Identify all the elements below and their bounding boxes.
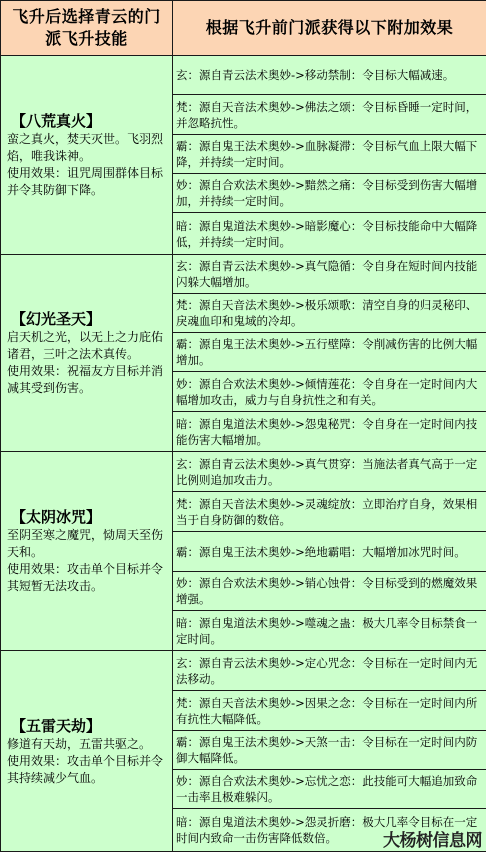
bonus-fan: 梵：源自天音法术奥妙->因果之念：令目标在一定时间内所有抗性大幅降低。 [173,691,486,731]
skill-cell: 【幻光圣天】 启天机之光，以无上之力庇佑诸君，三叶之法术真传。 使用效果：祝福友… [1,255,173,452]
bonus-miao: 妙：源自合欢法术奥妙->黯然之痛：令目标受到伤害大幅增加，并持续一定时间。 [173,174,486,213]
skill-description: 蛮之真火，焚天灭世。飞羽烈焰，唯我诛神。 [7,131,168,165]
bonus-ba: 霸：源自鬼王法术奥妙->绝地霸唱：大幅增加冰咒时间。 [173,532,486,572]
skill-cell: 【太阴冰咒】 至阴至寒之魔咒，恸周天至伤天和。 使用效果：攻击单个目标并令其短暂… [1,452,173,651]
bonus-miao: 妙：源自合欢法术奥妙->忘忧之恋：此技能可大幅追加致命一击率且极难躲闪。 [173,770,486,809]
skill-cell: 【五雷天劫】 修道有天劫，五雷共驱之。 使用效果：攻击单个目标并令其持续减少气血… [1,651,173,852]
skill-effect: 使用效果：诅咒周围群体目标并令其防御下降。 [7,165,168,199]
bonus-an: 暗：源自鬼道法术奥妙->噬魂之蛊：极大几率令目标禁食一定时间。 [173,611,486,651]
bonus-fan: 梵：源自天音法术奥妙->灵魂绽放：立即治疗自身，效果相当于自身防御的数倍。 [173,492,486,532]
skill-name: 【八荒真火】 [11,111,168,131]
table-row: 【幻光圣天】 启天机之光，以无上之力庇佑诸君，三叶之法术真传。 使用效果：祝福友… [1,255,486,294]
bonus-an: 暗：源自鬼道法术奥妙->怨鬼秘咒：令自身在一定时间内技能伤害大幅增加。 [173,412,486,452]
skill-effect: 使用效果：祝福友方目标并消减其受到伤害。 [7,363,168,397]
bonus-xuan: 玄：源自青云法术奥妙->真气贯穿：当施法者真气高于一定比例则追加攻击力。 [173,452,486,492]
header-skill-column: 飞升后选择青云的门派飞升技能 [1,1,173,56]
table-row: 【八荒真火】 蛮之真火，焚天灭世。飞羽烈焰，唯我诛神。 使用效果：诅咒周围群体目… [1,56,486,95]
table-row: 【五雷天劫】 修道有天劫，五雷共驱之。 使用效果：攻击单个目标并令其持续减少气血… [1,651,486,691]
skill-name: 【太阴冰咒】 [11,507,168,527]
skill-description: 至阴至寒之魔咒，恸周天至伤天和。 [7,527,168,561]
skill-table: 飞升后选择青云的门派飞升技能 根据飞升前门派获得以下附加效果 【八荒真火】 蛮之… [0,0,486,852]
bonus-ba: 霸：源自鬼王法术奥妙->血脉凝滞：令目标气血上限大幅下降，并持续一定时间。 [173,135,486,174]
bonus-xuan: 玄：源自青云法术奥妙->定心咒念：令目标在一定时间内无法移动。 [173,651,486,691]
header-row: 飞升后选择青云的门派飞升技能 根据飞升前门派获得以下附加效果 [1,1,486,56]
bonus-an: 暗：源自鬼道法术奥妙->暗影魔心：令目标技能命中大幅降低，并持续一定时间。 [173,213,486,255]
watermark-logo: 大杨树信息网 [383,826,482,851]
bonus-miao: 妙：源自合欢法术奥妙->倾情莲花：令自身在一定时间内大幅增加攻击，威力与自身抗性… [173,372,486,412]
skill-description: 修道有天劫，五雷共驱之。 [7,736,168,753]
bonus-xuan: 玄：源自青云法术奥妙->移动禁制：令目标大幅减速。 [173,56,486,95]
table-row: 【太阴冰咒】 至阴至寒之魔咒，恸周天至伤天和。 使用效果：攻击单个目标并令其短暂… [1,452,486,492]
bonus-miao: 妙：源自合欢法术奥妙->销心蚀骨：令目标受到的燃魔效果增强。 [173,572,486,611]
skill-effect: 使用效果：攻击单个目标并令其持续减少气血。 [7,753,168,787]
skill-effect: 使用效果：攻击单个目标并令其短暂无法攻击。 [7,561,168,595]
header-bonus-column: 根据飞升前门派获得以下附加效果 [173,1,486,56]
bonus-xuan: 玄：源自青云法术奥妙->真气隐循：令自身在短时间内技能闪躲大幅增加。 [173,255,486,294]
skill-cell: 【八荒真火】 蛮之真火，焚天灭世。飞羽烈焰，唯我诛神。 使用效果：诅咒周围群体目… [1,56,173,255]
skill-description: 启天机之光，以无上之力庇佑诸君，三叶之法术真传。 [7,329,168,363]
bonus-fan: 梵：源自天音法术奥妙->极乐颂歌：清空自身的归灵秘印、戾魂血印和鬼域的冷却。 [173,294,486,333]
skill-name: 【幻光圣天】 [11,309,168,329]
skill-name: 【五雷天劫】 [11,716,168,736]
bonus-fan: 梵：源自天音法术奥妙->佛法之颂：令目标昏睡一定时间，并忽略抗性。 [173,95,486,135]
bonus-ba: 霸：源自鬼王法术奥妙->五行壁障：令削减伤害的比例大幅增加。 [173,333,486,372]
bonus-ba: 霸：源自鬼王法术奥妙->天煞一击：令目标在一定时间内防御大幅降低。 [173,731,486,770]
